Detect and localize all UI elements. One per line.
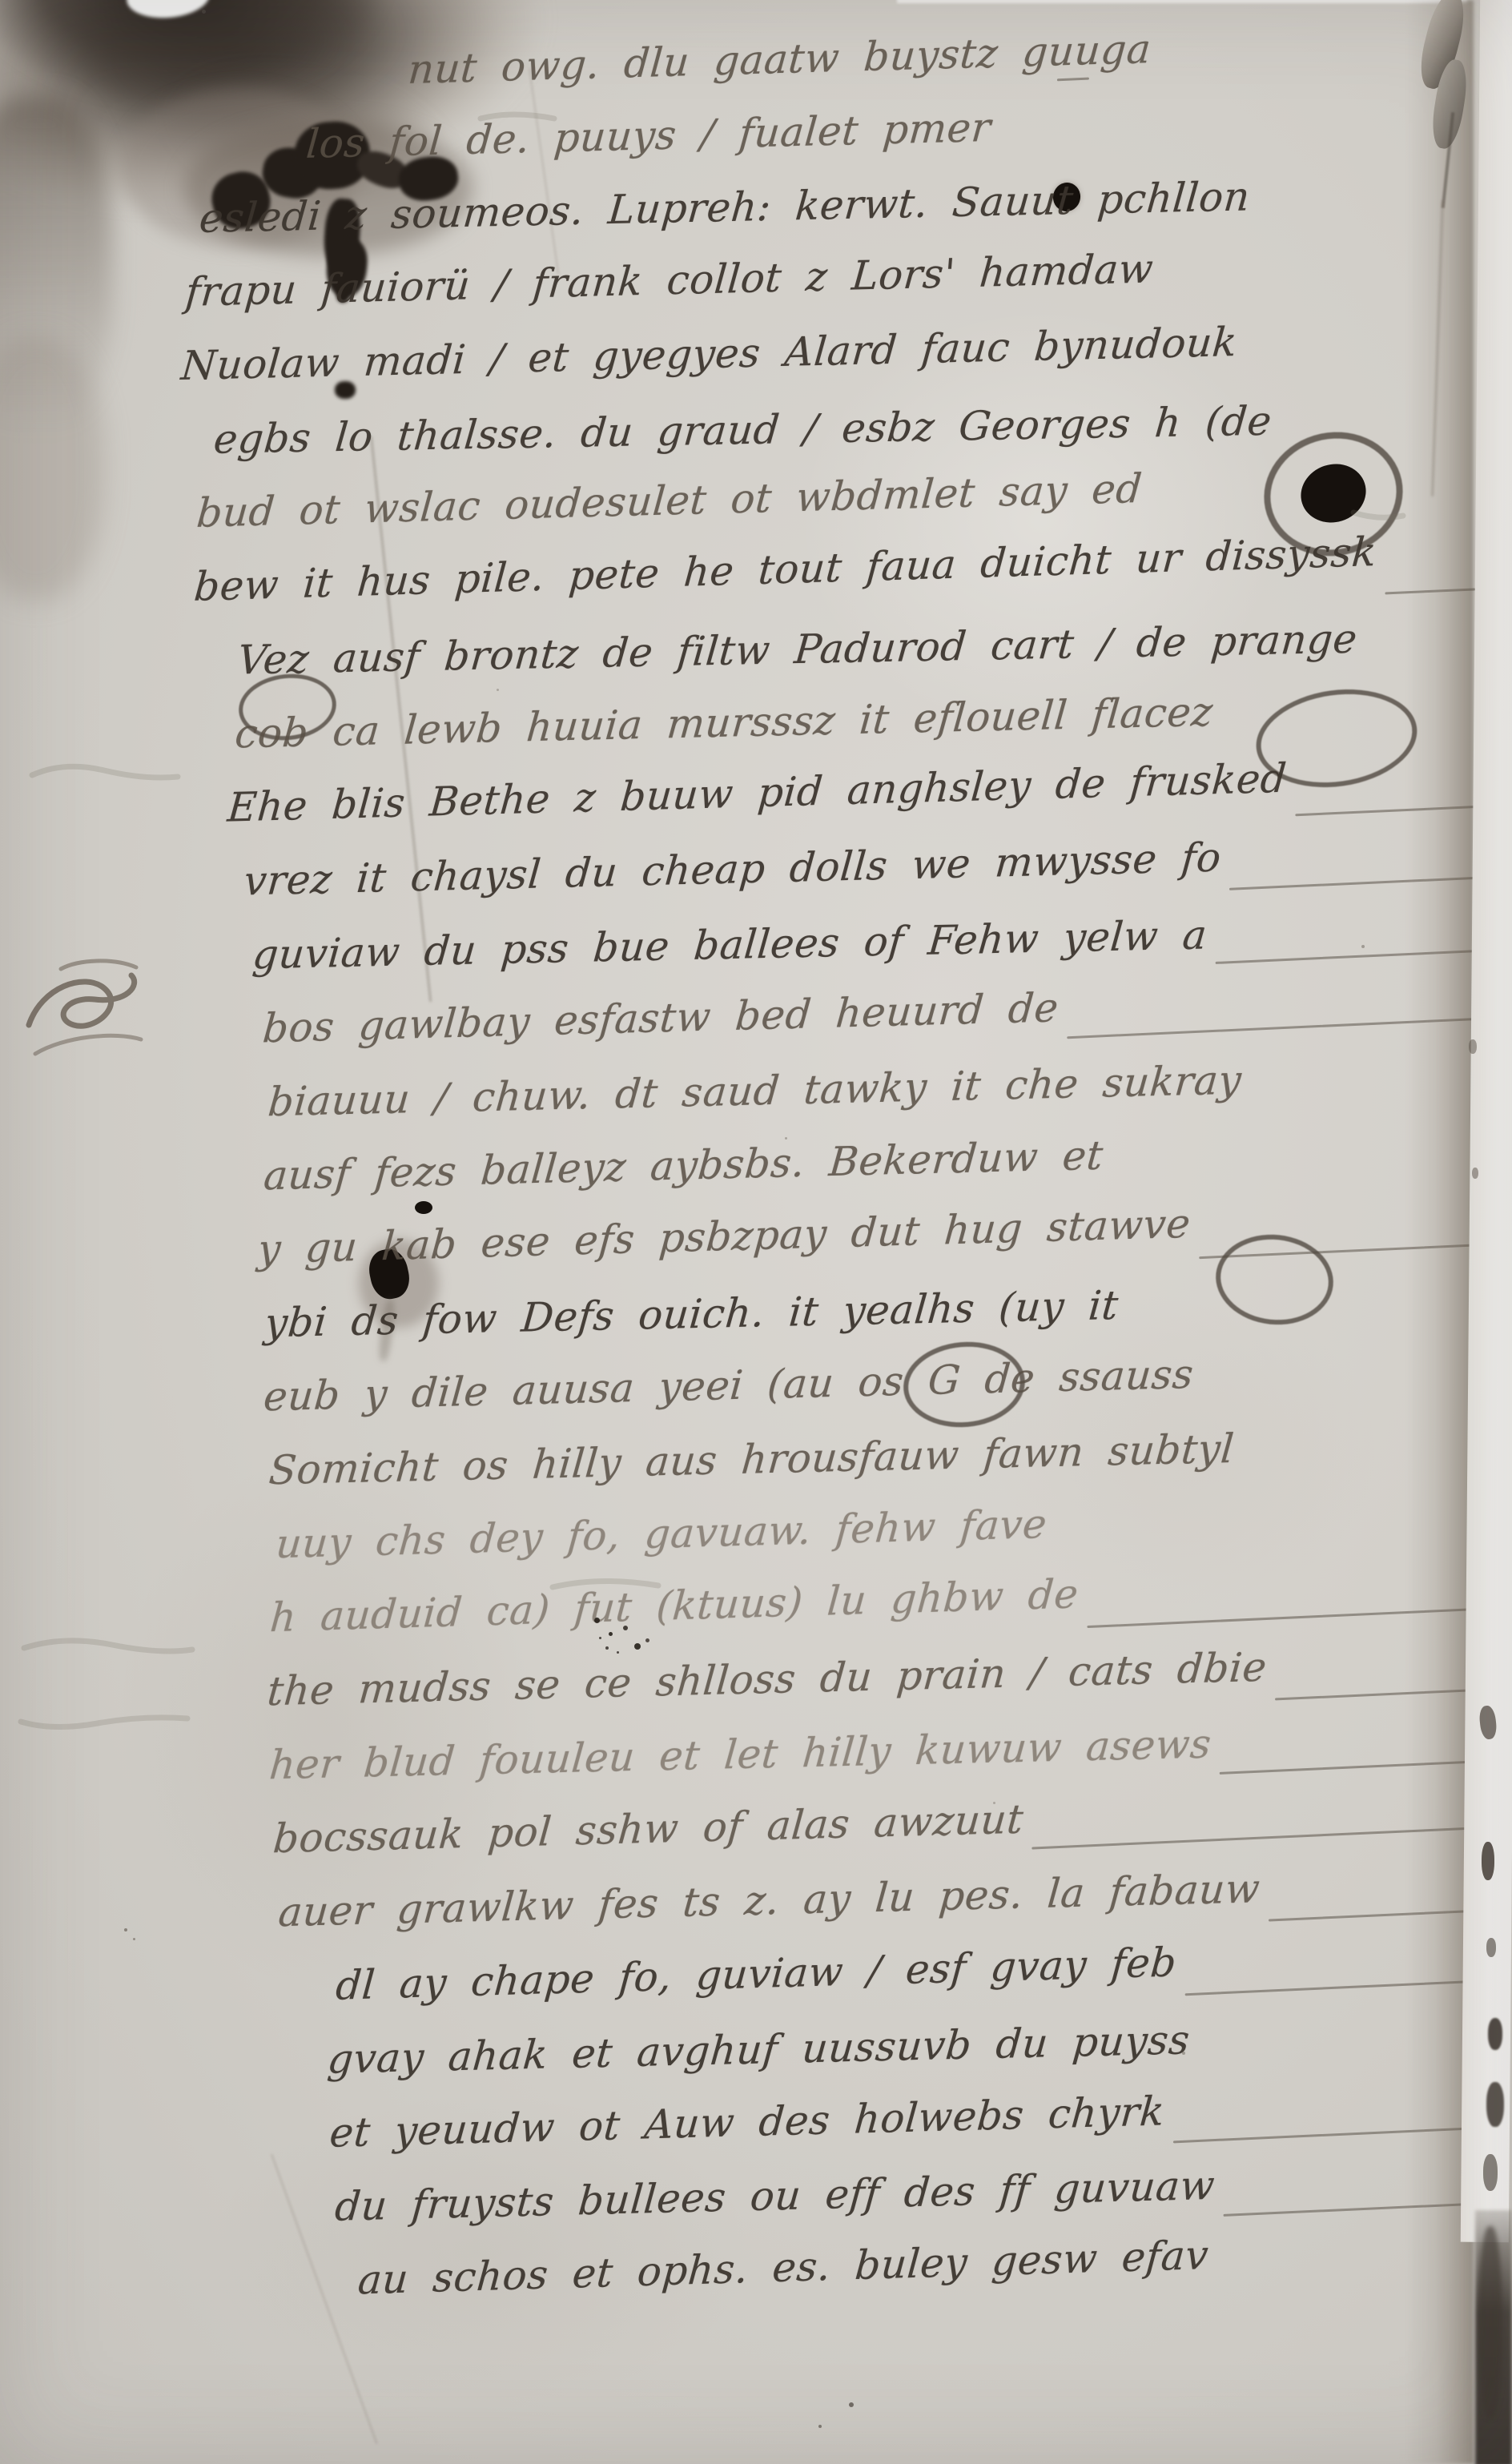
edge-ink-smudge [1483,2154,1498,2191]
ink-speck [202,10,206,14]
manuscript-line: bocssauk pol sshw of alas awzuut [271,1796,1025,1863]
manuscript-line: Somicht os hilly aus hrousfauw fawn subt… [267,1425,1237,1493]
ink-speck [609,1632,613,1636]
manuscript-line: eub y dile auusa yeei (au os G de ssauss [262,1351,1196,1421]
ink-speck [818,2425,822,2428]
edge-ink-smudge [1482,1842,1494,1880]
ink-speck [1361,945,1365,948]
manuscript-photo: nut owg. dlu gaatw buystz guugalos fol d… [0,0,1512,2464]
line-flourish-tail [1295,806,1477,816]
line-flourish-tail [1057,78,1089,82]
line-flourish-tail [1173,2127,1486,2144]
edge-ink-smudge [1472,1168,1478,1179]
ink-speck [849,2402,854,2407]
line-flourish-tail [1031,1827,1484,1850]
manuscript-line: nut owg. dlu gaatw buystz guuga [407,26,1153,93]
manuscript-line: egbs lo thalsse. du graud / esbz Georges… [212,398,1274,463]
manuscript-line: bos gawlbay esfastw bed heuurd de [261,984,1060,1051]
ink-speck [605,1646,609,1650]
line-flourish-tail [1224,2202,1487,2217]
manuscript-line: Nuolaw madi / et gyegyes Alard fauc bynu… [179,319,1239,389]
ink-speck [623,1626,628,1630]
manuscript-line: bud ot wslac oudesulet ot wbdmlet say ed [195,465,1144,537]
manuscript-line: auer grawlkw fes ts z. ay lu pes. la fab… [277,1865,1262,1935]
manuscript-line: her blud fouuleu et let hilly kuwuw asew… [267,1721,1213,1789]
line-flourish-tail [1185,1980,1486,1996]
text-block: nut owg. dlu gaatw buystz guugalos fol d… [0,0,1512,2464]
ink-speck [133,1938,135,1940]
edge-dirt-streak [1478,2226,1502,2418]
manuscript-line: guviaw du pss bue ballees of Fehw yelw a [251,911,1208,978]
manuscript-line: h auduid ca) fut (ktuus) lu ghbw de [268,1570,1080,1641]
manuscript-line: Vez ausf brontz de filtw Padurod cart / … [236,616,1360,684]
edge-ink-smudge [1469,1039,1477,1054]
ink-speck [1182,2052,1185,2055]
line-flourish-tail [1216,950,1478,964]
line-flourish-tail [1067,1018,1478,1039]
line-flourish-tail [1275,1689,1483,1701]
ink-speck [993,1802,995,1804]
manuscript-line: the mudss se ce shlloss du prain / cats … [266,1644,1269,1715]
line-flourish-tail [1229,877,1478,890]
manuscript-line: esledi z soumeos. Lupreh: kerwt. Sauut p… [198,173,1252,242]
ink-speck [645,1638,649,1642]
line-flourish-tail [1087,1608,1482,1628]
ink-speck [124,1928,127,1931]
manuscript-line: gvay ahak et avghuf uussuvb du puyss [326,2016,1192,2083]
ink-speck [497,689,499,691]
line-flourish-tail [1385,588,1475,594]
edge-ink-smudge [1486,2082,1504,2127]
ink-speck [617,1651,619,1654]
manuscript-line: ausf fezs balleyz aybsbs. Bekerduw et [262,1132,1105,1200]
manuscript-line: cob ca lewb huuia mursssz it eflouell fl… [233,689,1215,758]
manuscript-line: uuy chs dey fo, gavuaw. fehw fave [274,1501,1048,1567]
manuscript-line: du fruysts bullees ou eff des ff guvuaw [333,2162,1216,2230]
edge-ink-smudge [1486,1938,1496,1957]
ink-speck [594,1618,600,1623]
manuscript-line: ybi ds fow Defs ouich. it yealhs (uy it [263,1282,1120,1346]
manuscript-line: biauuu / chuw. dt saud tawky it che sukr… [266,1057,1243,1126]
manuscript-page: nut owg. dlu gaatw buystz guugalos fol d… [0,0,1512,2464]
edge-ink-smudge [1488,2018,1502,2050]
manuscript-line: los fol de. puuys / fualet pmer [304,104,992,167]
manuscript-line: frapu fauiorü / frank collot z Lors' ham… [183,245,1155,316]
ink-speck [599,1637,601,1639]
line-flourish-tail [1199,1244,1480,1259]
manuscript-line: y gu kab ese efs psbzpay dut hug stawve [256,1200,1192,1273]
manuscript-line: Ehe blis Bethe z buuw pid anghsley de fr… [226,755,1289,831]
ink-speck [785,1137,787,1140]
line-flourish-tail [1220,1760,1484,1775]
ink-speck [697,424,699,427]
manuscript-line: vrez it chaysl du cheap dolls we mwysse … [243,834,1223,905]
manuscript-line: dl ay chape fo, guviaw / esf gvay feb [334,1939,1178,2008]
ink-speck [634,1643,641,1650]
line-flourish-tail [1269,1909,1485,1921]
manuscript-line: bew it hus pile. pete he tout faua duich… [192,529,1378,610]
manuscript-line: au schos et ophs. es. buley gesw efav [356,2232,1210,2304]
manuscript-line: et yeuudw ot Auw des holwebs chyrk [328,2088,1167,2156]
